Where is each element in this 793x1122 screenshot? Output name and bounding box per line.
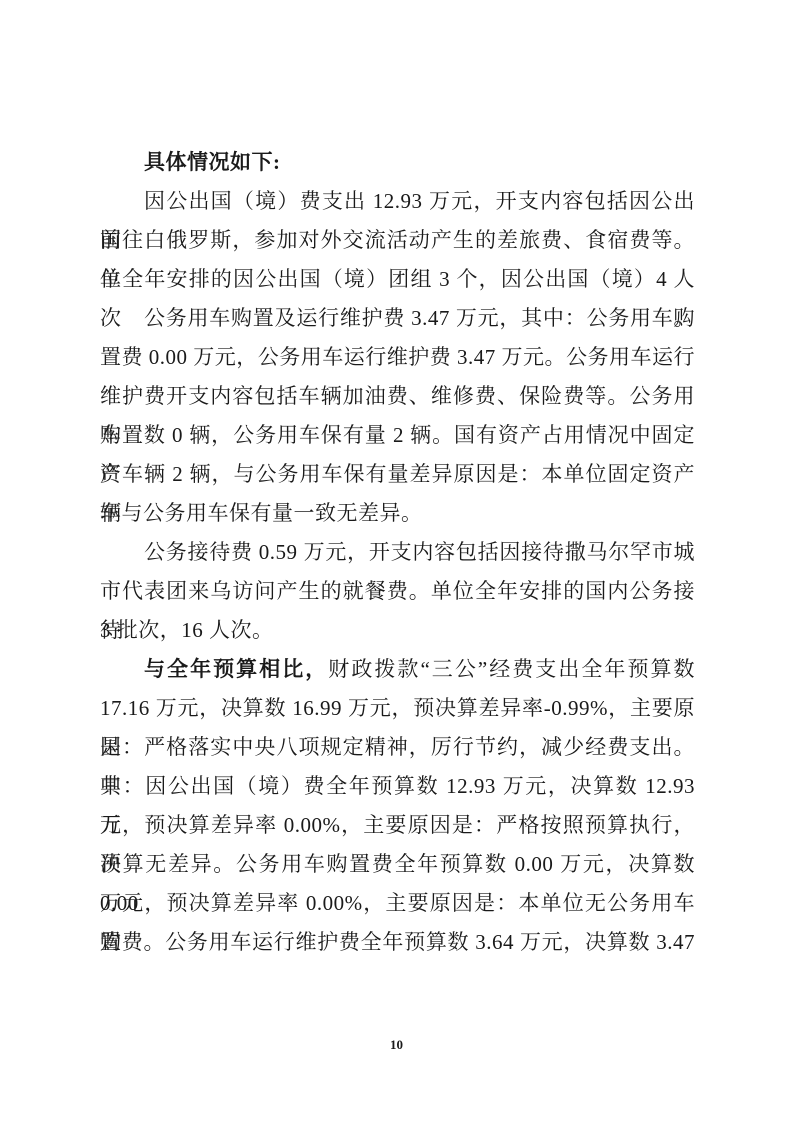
- text-line: 具体情况如下:: [100, 143, 695, 182]
- text-line: 元，预决算差异率 0.00%，主要原因是：严格按照预算执行，预: [100, 806, 695, 845]
- text-segment: 3 批次，16 人次。: [100, 618, 274, 642]
- text-line: 万元，预决算差异率 0.00%，主要原因是：本单位无公务用车购: [100, 884, 695, 923]
- text-line: 中：因公出国（境）费全年预算数 12.93 万元，决算数 12.93 万: [100, 767, 695, 806]
- text-line: 位全年安排的因公出国（境）团组 3 个，因公出国（境）4 人次。: [100, 260, 695, 299]
- text-segment: 辆与公务用车保有量一致无差异。: [100, 501, 423, 525]
- text-line: 公务接待费 0.59 万元，开支内容包括因接待撒马尔罕市城: [100, 533, 695, 572]
- document-page: 具体情况如下:因公出国（境）费支出 12.93 万元，开支内容包括因公出国前往白…: [0, 0, 793, 1122]
- text-line: 辆与公务用车保有量一致无差异。: [100, 494, 695, 533]
- text-segment: 财政拨款“三公”经费支出全年预算数: [328, 657, 695, 681]
- text-line: 置费。公务用车运行维护费全年预算数 3.64 万元，决算数 3.47: [100, 923, 695, 962]
- text-line: 因公出国（境）费支出 12.93 万元，开支内容包括因公出国: [100, 182, 695, 221]
- text-line: 3 批次，16 人次。: [100, 611, 695, 650]
- text-line: 市代表团来乌访问产生的就餐费。单位全年安排的国内公务接待: [100, 572, 695, 611]
- text-line: 前往白俄罗斯，参加对外交流活动产生的差旅费、食宿费等。单: [100, 221, 695, 260]
- text-line: 决算无差异。公务用车购置费全年预算数 0.00 万元，决算数 0.00: [100, 845, 695, 884]
- text-line: 购置数 0 辆，公务用车保有量 2 辆。国有资产占用情况中固定资: [100, 416, 695, 455]
- text-line: 与全年预算相比，财政拨款“三公”经费支出全年预算数: [100, 650, 695, 689]
- text-line: 产车辆 2 辆，与公务用车保有量差异原因是：本单位固定资产车: [100, 455, 695, 494]
- bold-text-segment: 与全年预算相比，: [144, 657, 328, 681]
- text-line: 公务用车购置及运行维护费 3.47 万元，其中：公务用车购: [100, 299, 695, 338]
- text-line: 置费 0.00 万元，公务用车运行维护费 3.47 万元。公务用车运行: [100, 338, 695, 377]
- text-segment: 公务用车购置及运行维护费 3.47 万元，其中：公务用车购: [144, 306, 695, 330]
- document-body: 具体情况如下:因公出国（境）费支出 12.93 万元，开支内容包括因公出国前往白…: [100, 143, 695, 962]
- text-segment: 公务接待费 0.59 万元，开支内容包括因接待撒马尔罕市城: [144, 540, 695, 564]
- text-segment: 置费 0.00 万元，公务用车运行维护费 3.47 万元。公务用车运行: [100, 345, 695, 369]
- text-line: 维护费开支内容包括车辆加油费、维修费、保险费等。公务用车: [100, 377, 695, 416]
- text-segment: 置费。公务用车运行维护费全年预算数 3.64 万元，决算数 3.47: [100, 930, 695, 954]
- text-line: 是：严格落实中央八项规定精神，厉行节约，减少经费支出。其: [100, 728, 695, 767]
- page-number: 10: [0, 1036, 793, 1054]
- bold-text-segment: 具体情况如下:: [144, 150, 281, 174]
- text-line: 17.16 万元，决算数 16.99 万元，预决算差异率-0.99%，主要原因: [100, 689, 695, 728]
